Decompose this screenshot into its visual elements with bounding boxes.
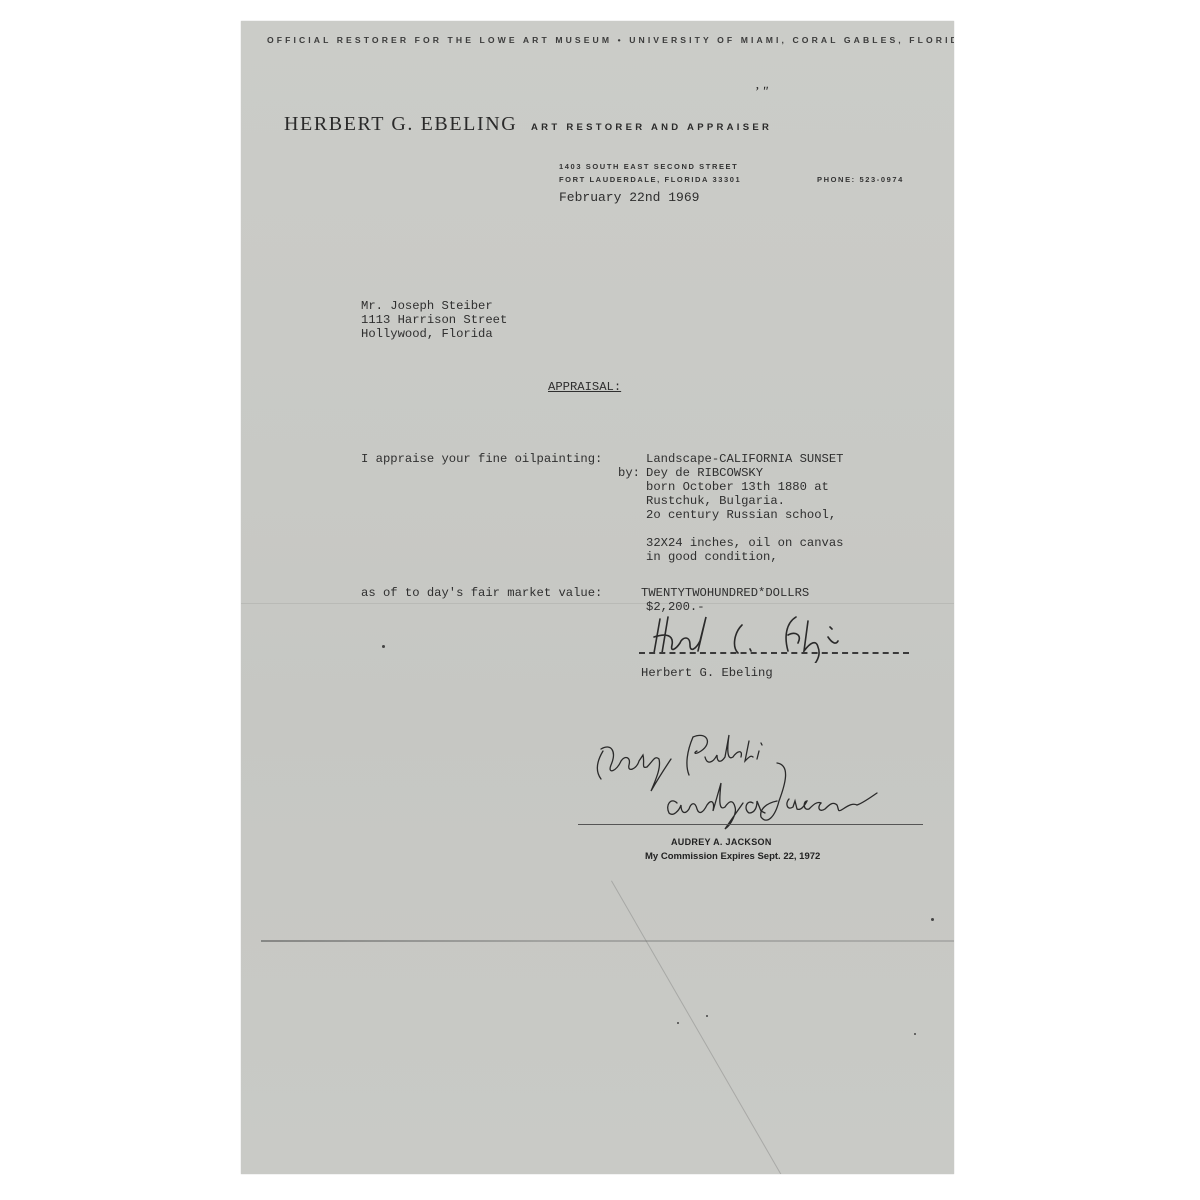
value-amount: $2,200.- xyxy=(646,600,705,614)
recipient-address: Mr. Joseph Steiber 1113 Harrison Street … xyxy=(361,299,507,341)
value-in-words: TWENTYTWOHUNDRED*DOLLRS xyxy=(641,586,809,600)
paper-speck xyxy=(706,1015,708,1017)
paper-scratch xyxy=(611,881,782,1175)
ebeling-signature xyxy=(646,613,876,663)
document-page: OFFICIAL RESTORER FOR THE LOWE ART MUSEU… xyxy=(241,21,954,1174)
notary-commission-expiry: My Commission Expires Sept. 22, 1972 xyxy=(645,851,820,862)
signer-name: Herbert G. Ebeling xyxy=(641,666,773,680)
letterhead-name: HERBERT G. EBELING xyxy=(284,113,517,136)
stray-marks: ʼ ʺ xyxy=(754,85,768,101)
letterhead-phone: PHONE: 523-0974 xyxy=(817,175,904,184)
letterhead-address-line1: 1403 SOUTH EAST SECOND STREET xyxy=(559,162,738,171)
letterhead-title: ART RESTORER AND APPRAISER xyxy=(531,122,772,133)
appraisal-by-label: by: xyxy=(618,466,640,480)
notary-handwriting xyxy=(581,721,931,831)
paper-speck xyxy=(677,1022,679,1024)
paper-speck xyxy=(382,645,385,648)
notary-printed-name: AUDREY A. JACKSON xyxy=(671,837,772,847)
painting-details: Landscape-CALIFORNIA SUNSET Dey de RIBCO… xyxy=(646,452,843,564)
letterhead-address-line2: FORT LAUDERDALE, FLORIDA 33301 xyxy=(559,175,741,184)
signature-line xyxy=(639,652,909,654)
notary-signature-line xyxy=(578,824,923,825)
paper-speck xyxy=(914,1033,916,1035)
fold-shadow xyxy=(241,603,954,604)
letter-date: February 22nd 1969 xyxy=(559,190,699,205)
fold-crease xyxy=(261,940,954,942)
paper-speck xyxy=(931,918,934,921)
appraisal-heading: APPRAISAL: xyxy=(548,380,621,394)
appraisal-intro: I appraise your fine oilpainting: xyxy=(361,452,602,466)
value-label: as of to day's fair market value: xyxy=(361,586,602,600)
letterhead-top-line: OFFICIAL RESTORER FOR THE LOWE ART MUSEU… xyxy=(267,35,954,45)
